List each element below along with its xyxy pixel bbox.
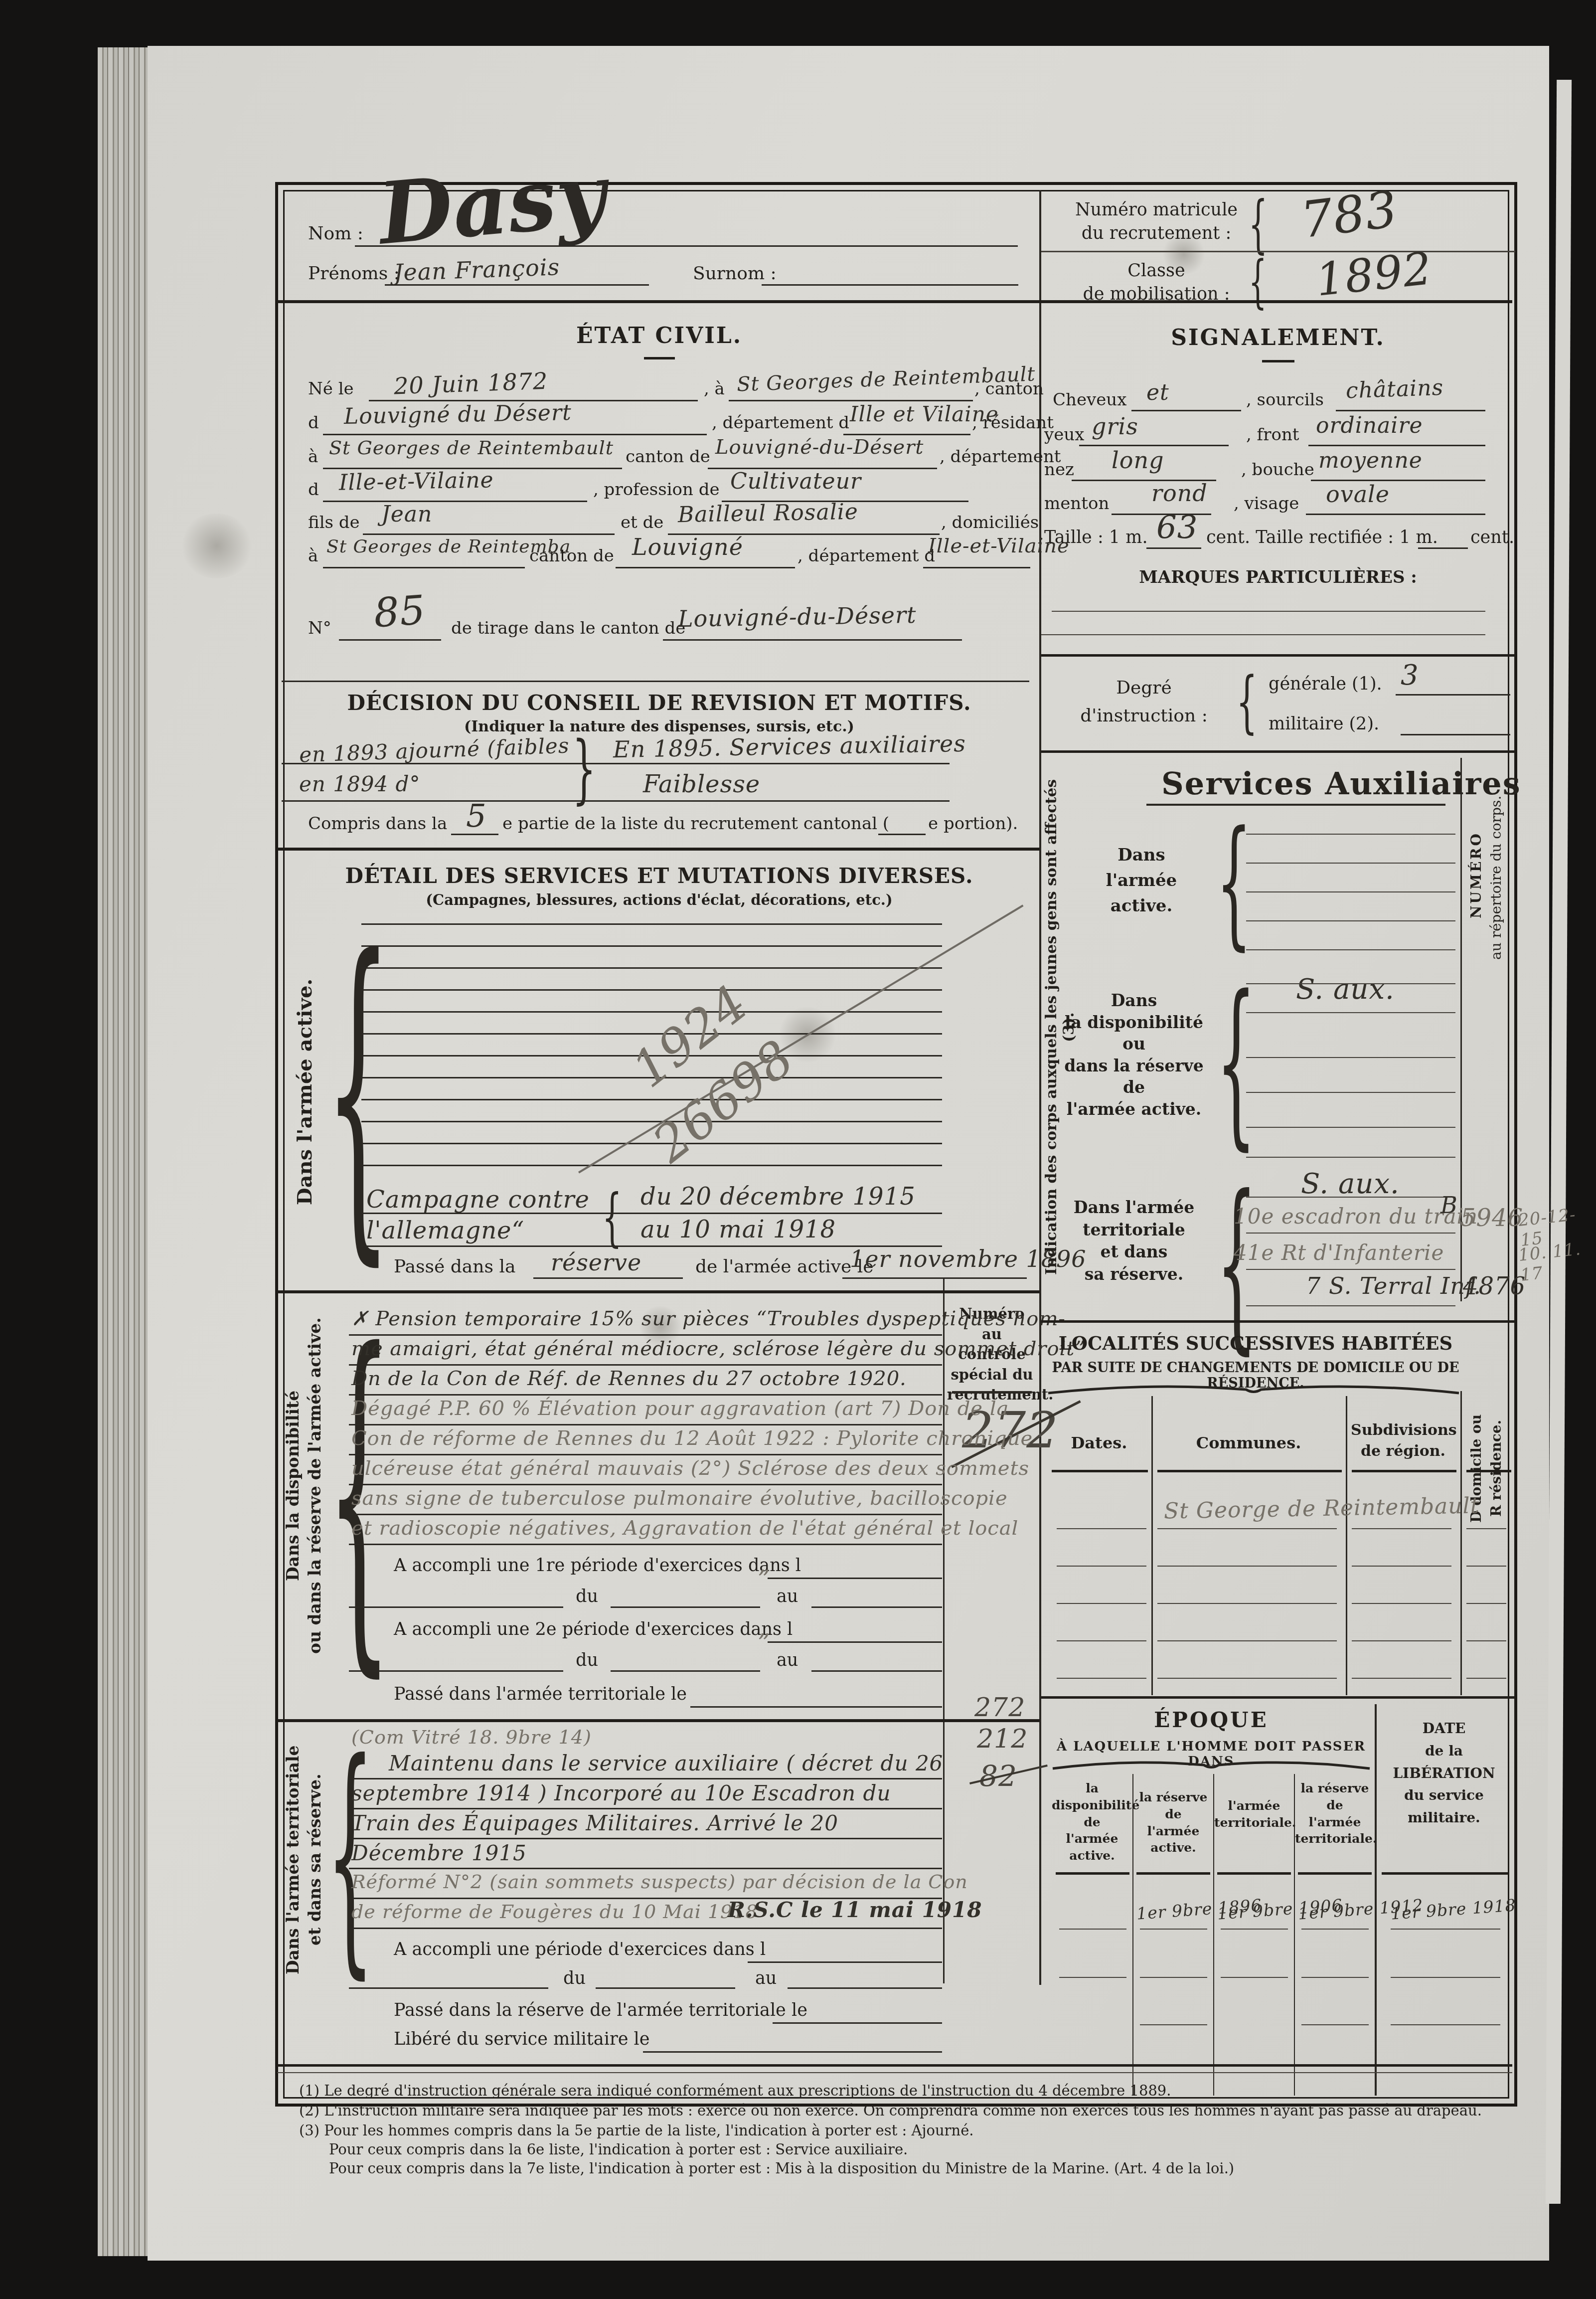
prenoms-line [385, 284, 649, 286]
front-value: ordinaire [1316, 413, 1423, 438]
line [773, 2022, 942, 2024]
row-line [1466, 1528, 1506, 1529]
line [611, 1606, 760, 1608]
line [1391, 2024, 1500, 2025]
localites-header-rule [1052, 1470, 1148, 1472]
corps-terr-v2-num: 5946 [1460, 1204, 1523, 1232]
residence-value: St Georges de Reintembault [329, 437, 614, 459]
line [611, 1670, 760, 1672]
controle-underline [952, 1391, 1032, 1394]
line [1246, 834, 1455, 835]
line [349, 1364, 942, 1366]
row-line [1352, 1528, 1451, 1529]
line [1146, 804, 1445, 806]
campagne-l2: l'allemagne“ [366, 1217, 524, 1244]
generale-value: 3 [1401, 659, 1419, 692]
line [788, 1987, 942, 1989]
line [349, 1484, 942, 1485]
ditto-mark: ” [758, 1629, 771, 1657]
localites-col-communes: Communes. [1156, 1433, 1341, 1452]
epoque-col3-header: l'armée territoriale. [1214, 1797, 1294, 1831]
ruled-line [361, 1143, 942, 1144]
stain [179, 514, 254, 578]
epoque-brace-curve [1052, 1758, 1371, 1770]
militaire-label: militaire (2). [1269, 714, 1379, 734]
line [1221, 1977, 1288, 1978]
nez-label: nez [1044, 460, 1074, 480]
localites-col-subdiv: Subdivisions de région. [1351, 1420, 1455, 1462]
corps-marge-date-2: 10. 11. 17 [1517, 1238, 1596, 1285]
signalement-title: SIGNALEMENT. [1041, 325, 1515, 351]
epoque-title: ÉPOQUE [1052, 1708, 1371, 1732]
epoque-col1-header: la disponibilité de l'armée active. [1052, 1780, 1132, 1864]
taille-label-2: cent. Taille rectifiée : 1 m. [1206, 528, 1438, 547]
line [533, 1277, 683, 1279]
line [349, 1454, 942, 1455]
decision-rule [277, 848, 1040, 851]
scanned-military-register-page: { "header": { "nom_label": "Nom :", "nom… [0, 0, 1596, 2299]
dispo-hand-line: Dn de la Con de Réf. de Rennes du 27 oct… [351, 1367, 907, 1390]
line [1301, 1977, 1369, 1978]
decision-l2-gauche: en 1894 d° [299, 772, 420, 796]
instruction-brace: { [1236, 668, 1258, 735]
passe-reserve-terr-label: Passé dans la réserve de l'armée territo… [394, 2000, 807, 2020]
corps-dispo-brace: { [1216, 972, 1256, 1152]
dispo-hand-line: Dégagé P.P. 60 % Élévation pour aggravat… [351, 1397, 1009, 1420]
line [1396, 694, 1510, 696]
epoque-date-header: DATE de la LIBÉRATION du service militai… [1377, 1718, 1511, 1829]
terr-hand-line: Train des Équipages Militaires. Arrivé l… [351, 1811, 838, 1835]
tirage-canton-value: Louvigné-du-Désert [678, 601, 917, 632]
page-edge-stack [98, 47, 150, 2256]
prenoms-label: Prénoms : [308, 263, 400, 284]
pere-value: Jean [381, 502, 432, 527]
bouche-label: , bouche [1241, 460, 1314, 480]
line [282, 763, 950, 764]
row-line [1466, 1566, 1506, 1567]
line [323, 501, 587, 502]
compris-label-2: e partie de la liste du recrutement cant… [502, 814, 889, 834]
line [361, 1213, 942, 1214]
row-line [1057, 1678, 1146, 1679]
dispo-side-label-1: Dans la disponibilité [283, 1316, 303, 1655]
corps-active-label: Dans l'armée active. [1074, 843, 1209, 919]
line [1221, 1929, 1288, 1930]
corps-terr-v4-num: 4876 [1463, 1272, 1526, 1300]
line [1401, 734, 1510, 735]
taille-value: 63 [1156, 510, 1198, 546]
line [1336, 410, 1485, 411]
nom-label: Nom : [308, 223, 363, 244]
signalement-rule [1041, 654, 1515, 657]
bouche-value: moyenne [1318, 448, 1423, 473]
line [596, 1987, 735, 1989]
localites-col-divider-3 [1460, 1391, 1462, 1695]
terr-hand-line: Décembre 1915 [351, 1841, 527, 1865]
instruction-label: Degré d'instruction : [1062, 674, 1226, 730]
ruled-line [361, 967, 942, 969]
front-label: , front [1246, 425, 1299, 445]
canton1-label: , canton [974, 379, 1044, 399]
epoque-header-rule [1382, 1872, 1509, 1875]
dispo-p1-label: A accompli une 1re période d'exercices d… [394, 1556, 801, 1576]
dispo-hand-line: et radioscopie négatives, Aggravation de… [351, 1517, 1018, 1540]
line [1246, 983, 1455, 984]
domicilies-label: , domiciliés [941, 513, 1039, 532]
line [349, 1514, 942, 1515]
epoque-header-rule [1298, 1872, 1372, 1875]
au-label: au [755, 1968, 777, 1988]
line [748, 1961, 942, 1963]
line [349, 1394, 942, 1396]
numero-repertoire-label-1: NUMÉRO [1468, 770, 1484, 980]
canton3-value: Louvigné [632, 533, 743, 560]
localites-header-rule [1466, 1470, 1511, 1472]
line [729, 400, 973, 401]
ruled-line [361, 1099, 942, 1100]
d1-label: d [308, 413, 319, 433]
au-label: au [777, 1650, 798, 1670]
line [1418, 547, 1468, 549]
line [878, 834, 926, 835]
mere-value: Bailleul Rosalie [678, 499, 859, 528]
line [363, 533, 615, 535]
terr-p1-label: A accompli une période d'exercices dans … [394, 1940, 766, 1959]
matricule-brace: { [1249, 193, 1268, 256]
dispo-hand-line: me amaigri, état général médiocre, sclér… [351, 1337, 1086, 1360]
line [1246, 1092, 1455, 1093]
du-label: du [576, 1650, 598, 1670]
dept2-label: , département [940, 447, 1061, 467]
dept1-label: , département d [712, 413, 849, 433]
terr-side-label-1: Dans l'armée territoriale [283, 1730, 303, 1989]
line [1301, 1929, 1369, 1930]
line [349, 1868, 942, 1869]
line [1140, 1929, 1207, 1930]
row-line [1157, 1603, 1337, 1604]
passe-reserve-label-1: Passé dans la [394, 1256, 515, 1277]
corps-terr-v3: 41e Rt d'Infanterie [1234, 1240, 1444, 1265]
localites-side-label-2: R résidence. [1488, 1386, 1504, 1551]
no-tirage-value: 85 [372, 586, 427, 636]
active-side-label: Dans l'armée active. [293, 932, 317, 1251]
line [1246, 1057, 1455, 1058]
a-label: , à [704, 379, 725, 399]
row-line [1057, 1566, 1146, 1567]
localites-col-divider-2 [1346, 1396, 1347, 1695]
localites-bottom-rule [1041, 1696, 1515, 1699]
line [768, 1641, 942, 1643]
menton-label: menton [1044, 494, 1109, 514]
line [811, 1670, 942, 1672]
line [1140, 1977, 1207, 1978]
dept2-value: Ille-et-Vilaine [339, 467, 494, 495]
dispo-hand-line: Con de réforme de Rennes du 12 Août 1922… [351, 1427, 1033, 1450]
surnom-label: Surnom : [693, 263, 777, 284]
corps-dispo-label: Dans la disponibilité ou dans la réserve… [1059, 990, 1209, 1120]
classe-label: Classe de mobilisation : [1067, 259, 1246, 307]
services-title: DÉTAIL DES SERVICES ET MUTATIONS DIVERSE… [279, 864, 1039, 888]
line [923, 567, 1030, 568]
line [282, 800, 950, 802]
yeux-value: gris [1092, 413, 1138, 440]
row-line [1157, 1640, 1337, 1641]
footnote-top-rule-2 [277, 2072, 1512, 2073]
line [1059, 1929, 1126, 1930]
ne-le-label: Né le [308, 379, 354, 399]
compris-label-1: Compris dans la [308, 814, 447, 834]
profession-value: Cultivateur [730, 469, 861, 494]
row-line [1057, 1603, 1146, 1604]
terr-hand-line: de réforme de Fougères du 10 Mai 1918 [351, 1901, 758, 1923]
dispo-hand-line: sans signe de tuberculose pulmonaire évo… [351, 1487, 1008, 1510]
campagne-l1: Campagne contre [366, 1186, 590, 1214]
localites-col-divider-1 [1151, 1396, 1153, 1695]
compris-label-3: e portion). [928, 814, 1018, 834]
d2-label: d [308, 480, 319, 500]
header-rule [277, 300, 1512, 303]
line [1052, 611, 1485, 612]
line [1246, 1157, 1455, 1158]
terr-rsc-note: R.S.C le 11 mai 1918 [728, 1898, 982, 1922]
line [1246, 1127, 1455, 1128]
line [349, 1424, 942, 1425]
right-page-sliver [1546, 80, 1572, 2204]
instruction-rule [1041, 750, 1515, 753]
line [643, 2051, 942, 2053]
line [1246, 891, 1455, 892]
dept3-label: , département d [798, 546, 935, 566]
passe-reserve-label-2: de l'armée active le [695, 1256, 874, 1277]
terr-hand-line: (Com Vitré 18. 9bre 14) [351, 1726, 592, 1748]
localites-brace-curve [1047, 1381, 1460, 1395]
line [842, 1277, 1027, 1279]
decision-brace: } [572, 732, 596, 807]
section-rule-2 [277, 1719, 1040, 1722]
sourcils-value: châtains [1345, 375, 1444, 404]
canton2-label: canton de [626, 447, 710, 467]
nom-line [355, 245, 1018, 247]
row-line [1057, 1528, 1146, 1529]
passe-territoriale-label: Passé dans l'armée territoriale le [394, 1684, 687, 1704]
residant-label: , résidant [972, 413, 1054, 433]
epoque-col4-header: la réserve de l'armée territoriale. [1295, 1780, 1375, 1847]
row-line [1352, 1603, 1451, 1604]
marques-label: MARQUES PARTICULIÈRES : [1041, 567, 1515, 587]
services-subtitle: (Campagnes, blessures, actions d'éclat, … [279, 891, 1039, 908]
cheveux-label: Cheveux [1053, 390, 1126, 410]
epoque-header-rule [1217, 1872, 1291, 1875]
line [349, 1606, 563, 1608]
visage-label: , visage [1234, 494, 1299, 514]
line [349, 1544, 942, 1545]
header-sep-1 [1041, 251, 1515, 252]
corps-terr-v4: 7 S. Terral Inf. [1306, 1272, 1481, 1299]
ruled-line [361, 945, 942, 947]
line [1246, 1305, 1455, 1306]
line [1246, 949, 1455, 950]
du-label: du [576, 1587, 598, 1606]
canton1-value: Louvigné du Désert [344, 400, 572, 429]
line [1246, 1269, 1455, 1270]
et-de-label: et de [621, 513, 663, 532]
line [1246, 1233, 1455, 1234]
footnote-5: Pour ceux compris dans la 7e liste, l'in… [329, 2160, 1495, 2177]
footnote-4: Pour ceux compris dans la 6e liste, l'in… [329, 2141, 1495, 2158]
profession-label: , profession de [593, 480, 720, 500]
matricule-value: 783 [1298, 180, 1401, 250]
line [1140, 2024, 1207, 2025]
ruled-line [361, 923, 942, 925]
line [339, 639, 441, 641]
a3-label: à [308, 546, 318, 566]
row-line [1352, 1566, 1451, 1567]
line [1246, 863, 1455, 864]
line [349, 1670, 563, 1672]
ditto-mark: ” [758, 1566, 771, 1593]
taille-label-3: cent. [1470, 528, 1514, 547]
ruled-line [361, 1165, 942, 1166]
corps-terr-label: Dans l'armée territoriale et dans sa rés… [1059, 1197, 1209, 1285]
line [1308, 445, 1485, 446]
line [349, 1334, 942, 1336]
cheveux-value: et [1146, 380, 1169, 405]
a2-label: à [308, 447, 318, 467]
localites-header-rule [1352, 1470, 1456, 1472]
epoque-header-rule [1136, 1872, 1210, 1875]
line [349, 1987, 548, 1989]
line [690, 1706, 942, 1708]
fils-de-label: fils de [308, 513, 360, 532]
signalement-dash [1262, 360, 1294, 362]
nez-value: long [1112, 447, 1164, 474]
terr-hand-line: Réformé N°2 (sain sommets suspects) par … [351, 1871, 968, 1893]
epoque-header-rule [1056, 1872, 1129, 1875]
blank-line [282, 681, 1029, 682]
line [1131, 410, 1241, 411]
dispo-hand-line: ✗ Pension temporaire 15% sur pièces “Tro… [351, 1307, 1066, 1330]
surnom-line [762, 284, 1018, 286]
campagne-du: du 20 décembre 1915 [640, 1183, 916, 1211]
line [811, 1606, 942, 1608]
line [1146, 547, 1201, 549]
line [768, 1578, 942, 1579]
campagne-brace: { [602, 1187, 622, 1249]
line [843, 434, 970, 435]
libere-label: Libéré du service militaire le [394, 2029, 649, 2049]
footnote-1: (1) Le degré d'instruction générale sera… [299, 2082, 1495, 2099]
line [323, 567, 525, 568]
line [1301, 2024, 1369, 2025]
no-label: N° [308, 618, 331, 638]
generale-label: générale (1). [1269, 674, 1382, 694]
ruled-line [361, 1011, 942, 1013]
etat-civil-title: ÉTAT CIVIL. [279, 323, 1039, 349]
dispo-p2-label: A accompli une 2e période d'exercices da… [394, 1619, 793, 1639]
line [1246, 920, 1455, 921]
campagne-au: au 10 mai 1918 [640, 1216, 836, 1243]
services-auxiliaires-title: Services Auxiliaires [1161, 765, 1521, 802]
au-label: au [777, 1587, 798, 1606]
passe-reserve-value: réserve [551, 1249, 641, 1276]
taille-label-1: Taille : 1 m. [1044, 528, 1148, 547]
line [1391, 1929, 1500, 1930]
line [1059, 1977, 1126, 1978]
corps-bottom-rule [1041, 1320, 1515, 1323]
visage-value: ovale [1326, 481, 1390, 508]
dispo-side-label-2: ou dans la réserve de l'armée active. [305, 1306, 324, 1665]
line [663, 639, 962, 641]
epoque-col2-header: la réserve de l'armée active. [1133, 1789, 1213, 1856]
decision-title: DÉCISION DU CONSEIL DE REVISION ET MOTIF… [279, 691, 1039, 715]
localites-title: LOCALITÉS SUCCESSIVES HABITÉES [1041, 1332, 1470, 1354]
corps-terr-v2-sup: B [1440, 1192, 1458, 1219]
row-line [1157, 1678, 1337, 1679]
row-line [1157, 1528, 1337, 1529]
line [1246, 1197, 1455, 1198]
canton2-value: Louvigné-du-Désert [715, 436, 924, 459]
compris-n: 5 [466, 798, 487, 835]
menton-value: rond [1151, 480, 1208, 507]
controle-n2: 212 [977, 1724, 1028, 1754]
dispo-hand-line: ulcéreuse état général mauvais (2°) Sclé… [351, 1457, 1029, 1480]
line [1246, 1012, 1455, 1013]
sourcils-label: , sourcils [1246, 390, 1324, 410]
controle-n1: 272 [974, 1693, 1025, 1723]
line [323, 434, 707, 435]
yeux-label: yeux [1044, 425, 1084, 445]
terr-hand-line: septembre 1914 ) Incorporé au 10e Escadr… [351, 1781, 891, 1805]
localites-col-dates: Dates. [1052, 1433, 1146, 1452]
line [349, 1808, 942, 1809]
etat-civil-dash [644, 357, 675, 359]
row-line [1352, 1640, 1451, 1641]
terr-side-label-2: et dans sa réserve. [305, 1730, 324, 1989]
line [616, 567, 795, 568]
row-line [1057, 1640, 1146, 1641]
line [1079, 445, 1229, 446]
line [349, 1778, 942, 1779]
line [451, 834, 498, 835]
du-label: du [563, 1968, 586, 1988]
tirage-label: de tirage dans le canton de [451, 618, 685, 638]
corps-dispo-value: S. aux. [1296, 973, 1395, 1006]
footnote-3: (3) Pour les hommes compris dans la 5e p… [299, 2122, 1495, 2139]
ruled-line [361, 989, 942, 991]
matricule-label: Numéro matricule du recrutement : [1067, 198, 1246, 246]
line [349, 1838, 942, 1839]
row-line [1466, 1678, 1506, 1679]
footnote-2: (2) L'instruction militaire sera indiqué… [299, 2102, 1505, 2119]
terr-hand-line: Maintenu dans le service auxiliaire ( dé… [389, 1751, 943, 1775]
localites-side-label-1: D domicile ou [1468, 1386, 1484, 1551]
canton3-label: canton de [529, 546, 614, 566]
line [1306, 514, 1485, 515]
decision-l2-droite: Faiblesse [643, 770, 760, 798]
row-line [1157, 1566, 1337, 1567]
row-line [1466, 1640, 1506, 1641]
corps-terr-v1: S. aux. [1301, 1168, 1400, 1200]
row-line [1352, 1678, 1451, 1679]
row-line [1466, 1603, 1506, 1604]
localites-header-rule [1157, 1470, 1342, 1472]
line [349, 1928, 942, 1929]
line [1391, 1977, 1500, 1978]
date-naissance: 20 Juin 1872 [393, 367, 548, 400]
footnote-top-rule [277, 2064, 1512, 2067]
line [1041, 634, 1485, 635]
